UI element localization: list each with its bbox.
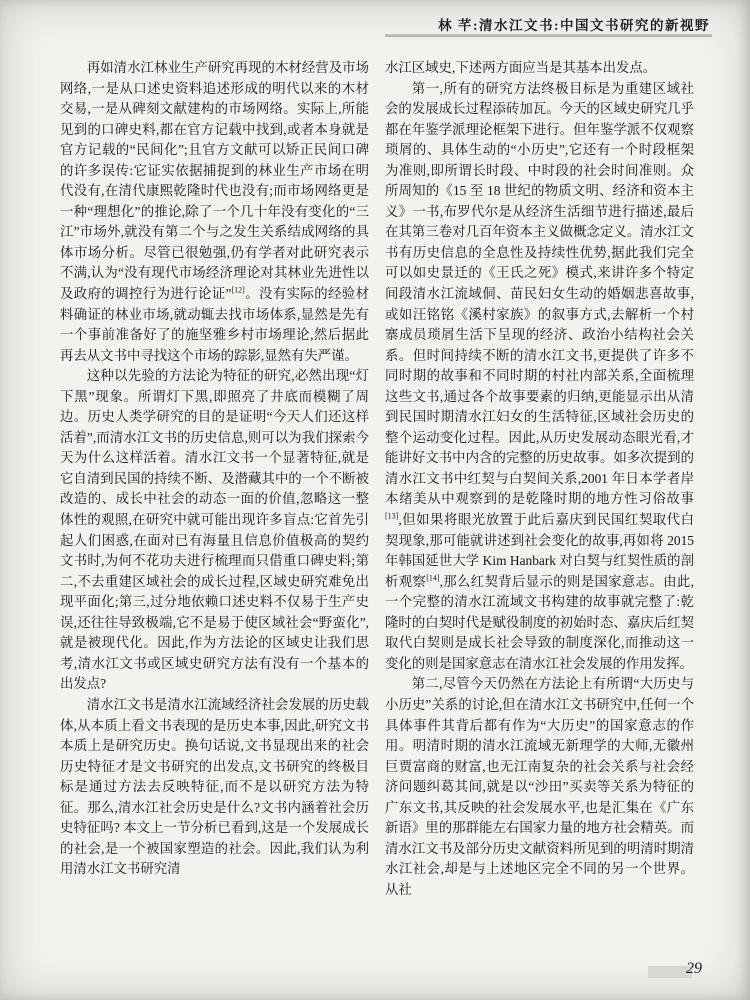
running-head: 林 芊:清水江文书:中国文书研究的新视野 [438, 14, 710, 34]
paragraph: 清水江文书是清水江流域经济社会发展的历史载体,从本质上看文书表现的是历史本事,因… [60, 695, 369, 880]
paragraph: 第二,尽管今天仍然在方法论上有所谓“大历史与小历史”关系的讨论,但在清水江文书研… [385, 674, 694, 900]
header-rule [385, 34, 712, 37]
paragraph: 水江区域史,下述两方面应当是其基本出发点。 [385, 58, 694, 79]
paragraph: 这种以先验的方法论为特征的研究,必然出现“灯下黑”现象。所谓灯下黑,即照亮了井底… [60, 366, 369, 695]
footnote-marker: [12] [232, 286, 245, 295]
paragraph: 再如清水江林业生产研究再现的木材经营及市场网络,一是从口述史资料追述形成的明代以… [60, 58, 369, 366]
footnote-marker: [14] [426, 573, 439, 582]
footnote-marker: [13] [385, 512, 398, 521]
text-column-left: 再如清水江林业生产研究再现的木材经营及市场网络,一是从口述史资料追述形成的明代以… [60, 58, 369, 880]
paragraph: 第一,所有的研究方法终极目标是为重建区域社会的发展成长过程添砖加瓦。今天的区域史… [385, 79, 694, 675]
text-column-right: 水江区域史,下述两方面应当是其基本出发点。第一,所有的研究方法终极目标是为重建区… [385, 58, 694, 900]
scanned-paper-page: 林 芊:清水江文书:中国文书研究的新视野 再如清水江林业生产研究再现的木材经营及… [0, 0, 750, 1000]
page-number-area: 29 [648, 960, 708, 980]
page-number: 29 [686, 960, 702, 978]
